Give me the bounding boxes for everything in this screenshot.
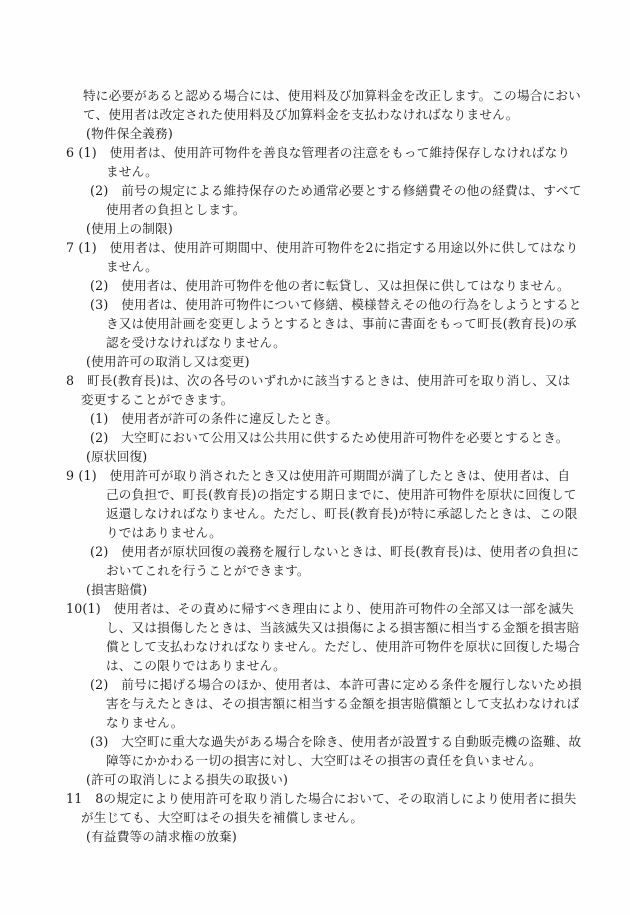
clause-7-2: (2) 使用者は、使用許可物件を他の者に転貸し、又は担保に供してはなりません。 [90, 276, 570, 295]
clause-6-2: (2) 前号の規定による維持保存のため通常必要とする修繕費その他の経費は、すべて [90, 181, 582, 200]
clause-9-2: (2) 使用者が原状回復の義務を履行しないときは、町長(教育長)は、使用者の負担… [90, 542, 579, 561]
section-heading: (原状回復) [86, 447, 147, 466]
text-line: が生じても、大空町はその損失を補償しません。 [81, 808, 363, 827]
text-line: 変更することができます。 [81, 390, 234, 409]
text-line: 害を与えたときは、その損害額に相当する金額を損害賠償額として支払わなければ [106, 694, 579, 713]
text-line: ません。 [106, 257, 158, 276]
section-heading: (使用許可の取消し又は変更) [86, 352, 250, 371]
clause-11: 11 8の規定により使用許可を取り消した場合において、その取消しにより使用者に損… [66, 789, 577, 808]
clause-7-1: 7 (1) 使用者は、使用許可期間中、使用許可物件を2に指定する用途以外に供して… [66, 238, 578, 257]
text-line: し、又は損傷したときは、当該滅失又は損傷による損害額に相当する金額を損害賠 [106, 618, 579, 637]
text-line: りではありません。 [106, 523, 222, 542]
document-page: 特に必要があると認める場合には、使用料及び加算料金を改正します。この場合におい … [0, 0, 630, 915]
clause-7-3: (3) 使用者は、使用許可物件について修繕、模様替えその他の行為をしようとすると [90, 295, 582, 314]
clause-6-1: 6 (1) 使用者は、使用許可物件を善良な管理者の注意をもって維持保存しなければ… [66, 143, 570, 162]
clause-10-1: 10(1) 使用者は、その責めに帰すべき理由により、使用許可物件の全部又は一部を… [66, 599, 574, 618]
clause-8: 8 町長(教育長)は、次の各号のいずれかに該当するときは、使用許可を取り消し、又… [66, 371, 571, 390]
text-line: 返還しなければなりません。ただし、町長(教育長)が特に承認したときは、この限 [106, 504, 578, 523]
section-heading: (有益費等の請求権の放棄) [86, 827, 237, 846]
text-line: ません。 [106, 162, 158, 181]
text-line: なりません。 [106, 713, 184, 732]
text-line: 使用者の負担とします。 [106, 200, 246, 219]
text-line: は、この限りではありません。 [106, 656, 286, 675]
text-line: 認を受けなければなりません。 [106, 333, 286, 352]
section-heading: (物件保全義務) [86, 124, 173, 143]
text-line: おいてこれを行うことができます。 [106, 561, 310, 580]
clause-8-1: (1) 使用者が許可の条件に違反したとき。 [90, 409, 338, 428]
clause-10-3: (3) 大空町に重大な過失がある場合を除き、使用者が設置する自動販売機の盗難、故 [90, 732, 581, 751]
section-heading: (損害賠償) [86, 580, 147, 599]
section-heading: (使用上の制限) [86, 219, 173, 238]
clause-8-2: (2) 大空町において公用又は公共用に供するため使用許可物件を必要とするとき。 [90, 428, 569, 447]
clause-10-2: (2) 前号に掲げる場合のほか、使用者は、本許可書に定める条件を履行しないため損 [90, 675, 582, 694]
section-heading: (許可の取消しによる損失の取扱い) [86, 770, 288, 789]
text-line: て、使用者は改定された使用料及び加算料金を支払わなければなりません。 [83, 105, 519, 124]
text-line: 障等にかかわる一切の損害に対し、大空町はその損害の責任を負いません。 [106, 751, 542, 770]
text-line: 償として支払わなければなりません。ただし、使用許可物件を原状に回復した場合 [106, 637, 580, 656]
text-line: き又は使用計画を変更しようとするときは、事前に書面をもって町長(教育長)の承 [106, 314, 577, 333]
text-line: 己の負担で、町長(教育長)の指定する期日までに、使用許可物件を原状に回復して [106, 485, 577, 504]
clause-9-1: 9 (1) 使用許可が取り消されたとき又は使用許可期間が満了したときは、使用者は… [66, 466, 570, 485]
text-line: 特に必要があると認める場合には、使用料及び加算料金を改正します。この場合におい [83, 86, 581, 105]
